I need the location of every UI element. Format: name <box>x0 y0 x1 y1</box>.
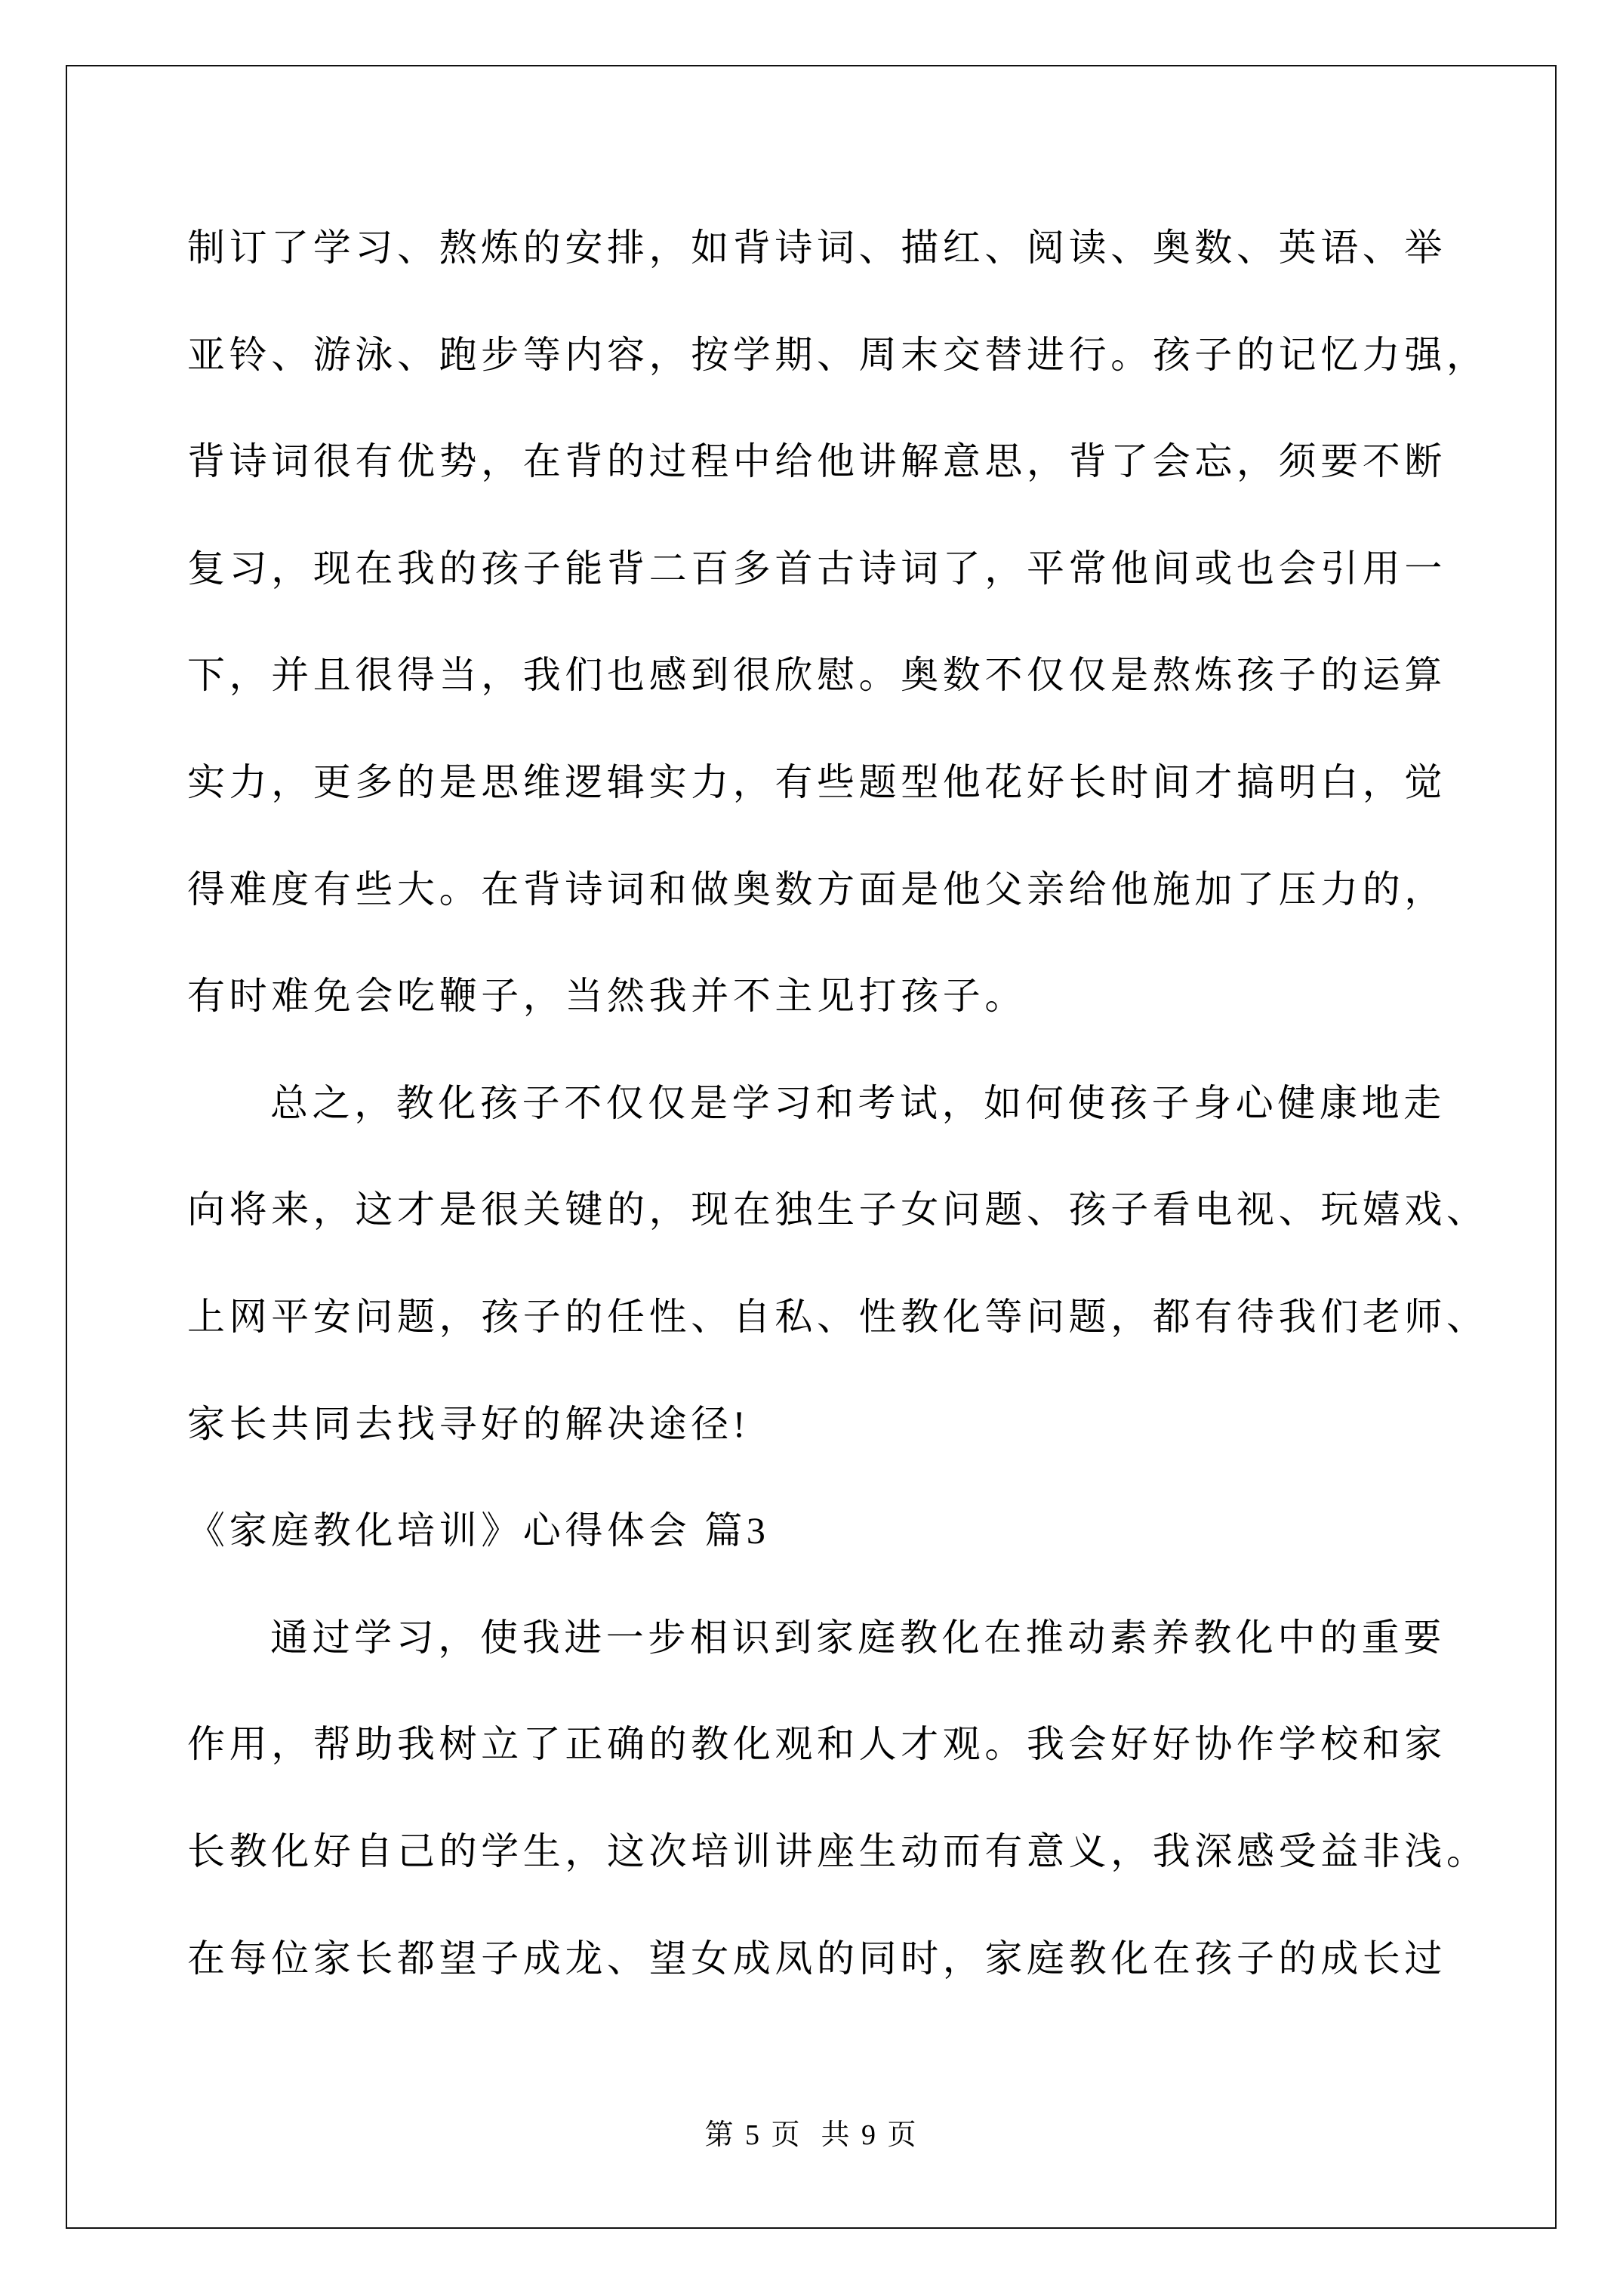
body-text-line: 实力，更多的是思维逻辑实力，有些题型他花好长时间才搞明白，觉 <box>187 729 1449 837</box>
page-number-footer: 第 5 页 共 9 页 <box>0 2117 1623 2153</box>
body-text-line: 总之，教化孩子不仅仅是学习和考试，如何使孩子身心健康地走 <box>187 1050 1449 1157</box>
body-text-line: 长教化好自己的学生，这次培训讲座生动而有意义，我深感受益非浅。 <box>187 1798 1449 1906</box>
section-heading: 《家庭教化培训》心得体会 篇3 <box>187 1478 1449 1585</box>
body-text-line: 亚铃、游泳、跑步等内容，按学期、周末交替进行。孩子的记忆力强， <box>187 302 1449 409</box>
body-text-line: 制订了学习、熬炼的安排，如背诗词、描红、阅读、奥数、英语、举 <box>187 195 1449 302</box>
body-text-line: 在每位家长都望子成龙、望女成凤的同时，家庭教化在孩子的成长过 <box>187 1906 1449 2013</box>
body-text-line: 作用，帮助我树立了正确的教化观和人才观。我会好好协作学校和家 <box>187 1691 1449 1798</box>
body-text-line: 有时难免会吃鞭子，当然我并不主见打孩子。 <box>187 943 1449 1050</box>
body-text-line: 得难度有些大。在背诗词和做奥数方面是他父亲给他施加了压力的， <box>187 837 1449 944</box>
body-text-line: 复习，现在我的孩子能背二百多首古诗词了，平常他间或也会引用一 <box>187 516 1449 623</box>
document-body-text: 制订了学习、熬炼的安排，如背诗词、描红、阅读、奥数、英语、举亚铃、游泳、跑步等内… <box>187 195 1449 2012</box>
body-text-line: 家长共同去找寻好的解决途径! <box>187 1371 1449 1478</box>
document-page: { "colors": { "background": "#ffffff", "… <box>0 0 1623 2296</box>
body-text-line: 上网平安问题，孩子的任性、自私、性教化等问题，都有待我们老师、 <box>187 1264 1449 1371</box>
body-text-line: 下，并且很得当，我们也感到很欣慰。奥数不仅仅是熬炼孩子的运算 <box>187 622 1449 729</box>
body-text-line: 通过学习，使我进一步相识到家庭教化在推动素养教化中的重要 <box>187 1585 1449 1692</box>
body-text-line: 向将来，这才是很关键的，现在独生子女问题、孩子看电视、玩嬉戏、 <box>187 1157 1449 1264</box>
body-text-line: 背诗词很有优势，在背的过程中给他讲解意思，背了会忘，须要不断 <box>187 408 1449 516</box>
